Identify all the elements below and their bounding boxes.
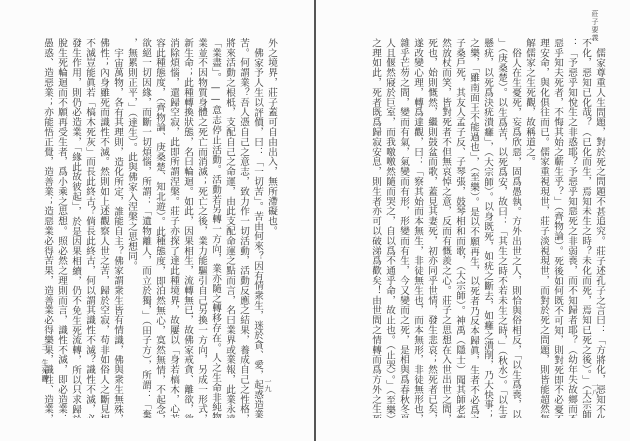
- text-column: 雜乎芒芴之間，變而有氣，氣變而有形，形變而有生，今又變而之死，是相與爲春秋冬夏四…: [396, 38, 410, 418]
- text-column: 不滅豈能眞若「槁木死灰」而長此終古？倘長此終古，何以謂其識性不滅？識性不滅，必發…: [82, 38, 96, 418]
- text-column: 遂改變心理，轉爲達觀，曰：「察其始而本無生，非徒無生也，而本無形，非徒無形也，而…: [410, 38, 424, 418]
- text-column: 俗人在生憂死，妄爲欣惡，固爲愚執。方外出世之人，則恰與俗相反，「以生爲喪，以死爲…: [508, 38, 522, 418]
- text-column: 發生作用，則仍必造業，「緣此故彼起」，於是因果相續，仍不免生死流轉，所以只求歸於…: [68, 38, 82, 418]
- page-number: 一八: [590, 382, 600, 396]
- text-column: 懸疣，以死爲決疣潰癰」，（大宗師）。以身既死，如疣之斷去，如癰之潰削，乃大快事；…: [480, 38, 494, 418]
- text-column: 惡乎知夫死者，不悔其始之蘄生乎？」（齊物論）。死後如何既不可知，則對死即不必憂不…: [550, 38, 564, 418]
- text-column: 業並不因物質身體之死亡而消滅；死亡之後，業力能驅引自己另換一方向，另成一形式，又…: [194, 38, 208, 418]
- right-page: 儒家尊重人生問題，對於死之問題不甚追究。莊子述孔子之言曰：「方將化，惡知不化哉？…: [316, 0, 630, 441]
- text-column: 新生命；此種轉換狀態，名曰輪迴。如此，因果相生，流轉無已，故佛家戒貪、離欲，欲根…: [180, 38, 194, 418]
- text-column: ：「予惡乎知悅生之非惑耶？予惡乎知惡死之非弱喪，而不知歸者耶？（幼年失故鄉而不知…: [564, 38, 578, 418]
- text-column: 人且偃然寢於巨室，而我噭噭然隨而哭之，自以爲不通乎命，故止也。（止哭）。」（至樂…: [382, 38, 396, 418]
- text-column: 之理如此，死者既爲歸寂安息，則生者亦可以破涕爲歡矣！由世間之情轉而爲方外之生死觀…: [368, 38, 382, 418]
- running-head: 三、生死觀: [40, 343, 50, 383]
- text-column: 解儒家之生死觀，故稱道之。: [522, 38, 536, 418]
- text-column: 理安命，與化俱往而已。儒家重視現世，莊子淡視現世，而對於死之問題，則皆能超然無累…: [536, 38, 550, 418]
- left-page: 外之境界，莊子蓋可自由出入，無所滯礙也。 佛家予人生以評價，曰：「一切苦」。苦由…: [0, 0, 314, 441]
- left-page-body: 外之境界，莊子蓋可自由出入，無所滯礙也。 佛家予人生以評價，曰：「一切苦」。苦由…: [38, 38, 278, 418]
- text-column: 子桑戶死，其友人孟子反、子琴張，鼓琴相和而歌，（大宗師）。神禹（隱士）聞其師老龍…: [452, 38, 466, 418]
- text-column: 脫生死輪迴而不願再受生者，爲小乘之思想。照必然之理則而言，識性不滅，即必造業；但…: [54, 38, 68, 418]
- text-column: 儒家尊重人生問題，對於死之問題不甚追究。莊子述孔子之言曰：「方將化，惡知不化哉？…: [592, 38, 606, 418]
- text-column: 容此種態度，（齊物論、庚桑楚、知北遊）。此種態度，即泊然無心，寞然無情，不起念，…: [152, 38, 166, 418]
- text-column: ，無累則正平，」（達生）。此與佛家入涅槃之思想同。: [124, 38, 138, 418]
- right-page-body: 儒家尊重人生問題，對於死之問題不甚追究。莊子述孔子之言曰：「方將化，惡知不化哉？…: [366, 38, 606, 418]
- text-column: 死也，始則慨然，繼則鼓盆而歌，蓋見其妻死，初亦同乎世情，發生悲哀；然死者已矣，徒…: [424, 38, 438, 418]
- text-column: 宇宙萬物，各有其理則，造化所定，誰能自主？佛家謂衆生皆有情識，佛與衆生無殊，衆生…: [110, 38, 124, 418]
- text-column: 然放杖而笑，皆對死者不但無哀悼之意，反而有慨羨之心。莊子之思想在入世出世之間，故…: [438, 38, 452, 418]
- text-column: 消除煩惱，還歸空寂，此即所謂涅槃。莊子亦探了達此種境界，故屢以「身若槁木，心若死…: [166, 38, 180, 418]
- text-column: 」（庚桑楚）。以生爲苦，以死爲安，故曰：「其生之時不若未生之時，」（秋水）。「以…: [494, 38, 508, 418]
- text-column: 欲絕一切因緣，而斷一切煩惱，所謂：「遺物離人，而立於獨，」（田子方），所謂：「棄…: [138, 38, 152, 418]
- book-spread: 外之境界，莊子蓋可自由出入，無所滯礙也。 佛家予人生以評價，曰：「一切苦」。苦由…: [0, 0, 630, 441]
- text-column: 外之境界，莊子蓋可自由出入，無所滯礙也。: [264, 38, 278, 418]
- running-head: 莊子要義: [590, 10, 600, 42]
- text-column: 佛家予人生以評價，曰：「一切苦」。苦由何來？因有情衆生，迷於貪、愛，起惑造業，遂…: [250, 38, 264, 418]
- page-number: 一九: [263, 378, 273, 392]
- text-column: 佛性；內身雖死而識性不滅。然則如上述觀察人世之苦，歸於空寂，苟非如俗人之斷見相同…: [96, 38, 110, 418]
- text-column: 之樂，「雖南面王不能過也」，（至樂）。是以不願再生，以死者乃反本歸眞，生者不必爲…: [466, 38, 480, 418]
- text-column: 苦。何謂業？吾人憑自己之意志，致力作一切活動，活動反應之結果，養成自己之性格，此…: [236, 38, 250, 418]
- text-column: 將來活動之根柢，支配自己之命運，由此支配命運之點而言，名曰業界或業報，此業永遠不…: [222, 38, 236, 418]
- text-column: 「業盡」。——意志停止活動。活動若另轉一方向，業亦隨之轉移存在。人之生命非純物質…: [208, 38, 222, 418]
- text-column: 不化，惡知已化哉？（已化而生，焉知未生之時？未化而死，焉知已死之後）。」（大宗師…: [578, 38, 592, 418]
